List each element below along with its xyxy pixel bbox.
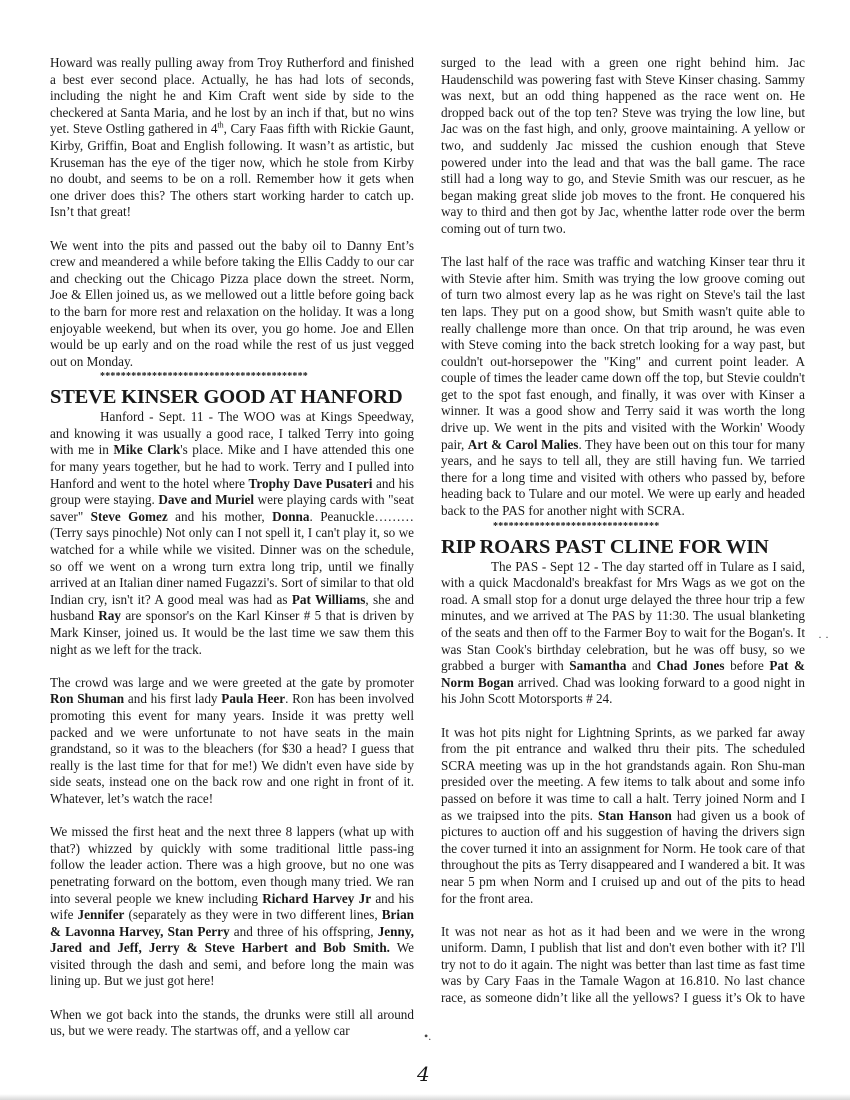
paragraph-not-hot: It was not near as hot as it had been an…	[441, 924, 805, 1007]
name-mike-clark: Mike Clark	[113, 442, 180, 457]
name-chad-jones: Chad Jones	[657, 658, 725, 673]
name-trophy-dave: Trophy Dave Pusateri	[249, 476, 373, 491]
bullet-mark: •.	[424, 1029, 431, 1044]
separator-stars: ****************************************	[50, 371, 414, 382]
paragraph-hot-pits: It was hot pits night for Lightning Spri…	[441, 725, 805, 908]
paragraph-hanford-intro: Hanford - Sept. 11 - The WOO was at King…	[50, 409, 414, 658]
name-pat-williams: Pat Williams	[292, 592, 366, 607]
paragraph-pas-intro: The PAS - Sept 12 - The day started off …	[441, 559, 805, 708]
paragraph-first-heat: We missed the first heat and the next th…	[50, 824, 414, 990]
headline-steve-kinser: STEVE KINSER GOOD AT HANFORD	[50, 385, 414, 409]
name-ray: Ray	[98, 608, 121, 623]
left-column: Howard was really pulling away from Troy…	[50, 55, 414, 1037]
newsletter-page: Howard was really pulling away from Troy…	[0, 0, 850, 1100]
name-steve-gomez: Steve Gomez	[91, 509, 168, 524]
paragraph-last-half: The last half of the race was traffic an…	[441, 254, 805, 520]
name-jennifer: Jennifer	[78, 907, 125, 922]
paragraph-crowd: The crowd was large and we were greeted …	[50, 675, 414, 808]
scan-speck: · ·	[818, 630, 829, 645]
name-dave-muriel: Dave and Muriel	[158, 492, 254, 507]
name-richard-harvey: Richard Harvey Jr	[262, 891, 371, 906]
right-column: surged to the lead with a green one righ…	[441, 55, 805, 1007]
paragraph-stands: When we got back into the stands, the dr…	[50, 1007, 414, 1037]
scan-edge	[0, 1094, 850, 1100]
separator-stars: ********************************	[441, 521, 805, 532]
name-art-carol-malies: Art & Carol Malies	[468, 437, 579, 452]
paragraph-pits: We went into the pits and passed out the…	[50, 238, 414, 371]
paragraph-race-start: surged to the lead with a green one righ…	[441, 55, 805, 238]
paragraph-howard: Howard was really pulling away from Troy…	[50, 55, 414, 221]
name-donna: Donna	[272, 509, 309, 524]
name-samantha: Samantha	[569, 658, 626, 673]
name-paula-heer: Paula Heer	[221, 691, 285, 706]
name-ron-shuman: Ron Shuman	[50, 691, 124, 706]
name-stan-hanson: Stan Hanson	[598, 808, 672, 823]
headline-rip-roars: RIP ROARS PAST CLINE FOR WIN	[441, 535, 805, 559]
page-number: 4	[417, 1062, 430, 1086]
